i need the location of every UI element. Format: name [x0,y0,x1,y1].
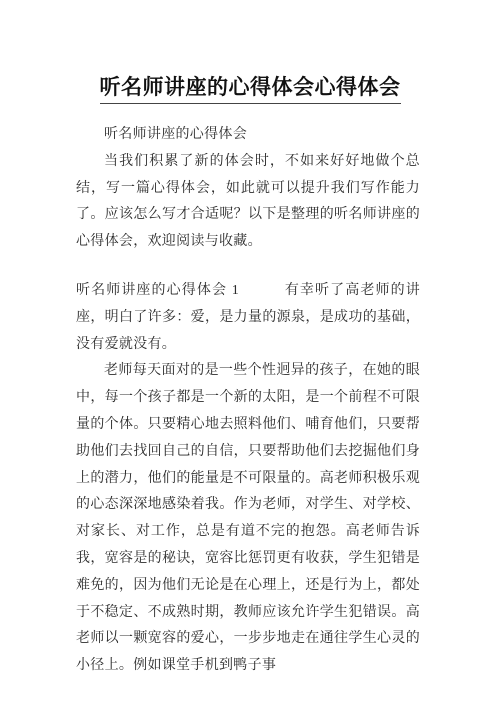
document-title: 听名师讲座的心得体会心得体会 [0,74,500,104]
section1-paragraph: 听名师讲座的心得体会 1有幸听了高老师的讲座，明白了许多：爱，是力量的源泉，是成… [76,278,420,358]
document-title-text: 听名师讲座的心得体会心得体会 [100,74,401,104]
document-page: 听名师讲座的心得体会心得体会 听名师讲座的心得体会 当我们积累了新的体会时，不如… [0,0,500,708]
section1-label: 听名师讲座的心得体会 1 [76,283,239,298]
document-body: 听名师讲座的心得体会 当我们积累了新的体会时，不如来好好地做个总结，写一篇心得体… [0,122,500,680]
document-subtitle: 听名师讲座的心得体会 [76,122,420,149]
section1-body-paragraph: 老师每天面对的是一些个性迥异的孩子，在她的眼中，每一个孩子都是一个新的太阳，是一… [76,358,420,680]
intro-paragraph: 当我们积累了新的体会时，不如来好好地做个总结，写一篇心得体会，如此就可以提升我们… [76,149,420,256]
